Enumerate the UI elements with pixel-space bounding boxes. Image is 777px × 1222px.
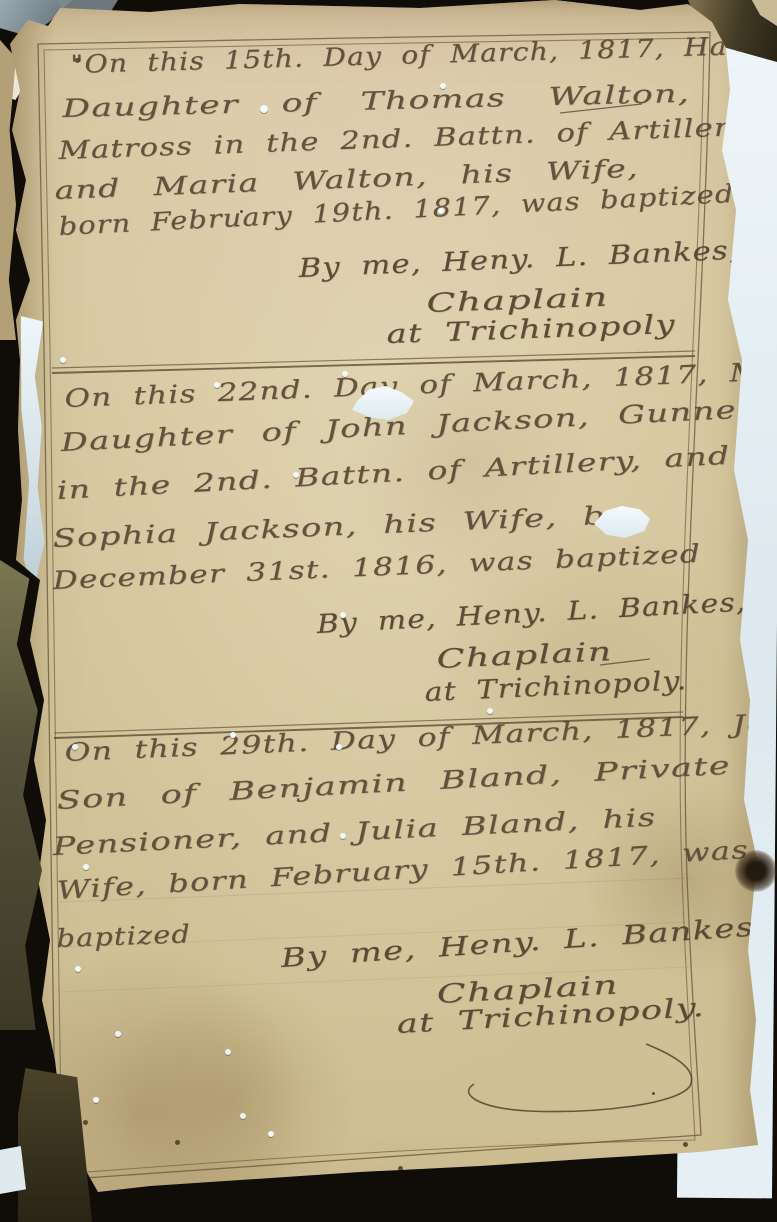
- pinhole: [230, 732, 236, 738]
- pinhole: [268, 1131, 274, 1137]
- ink-speck: [398, 1166, 403, 1171]
- pinhole: [240, 1113, 246, 1119]
- pinhole: [115, 1031, 121, 1037]
- pinhole: [93, 1097, 99, 1103]
- pinhole: [83, 864, 89, 870]
- ink-speck: [175, 1140, 180, 1145]
- ink-speck: [652, 1092, 655, 1095]
- ink-speck: [83, 1120, 88, 1125]
- ink-speck: [683, 1142, 688, 1147]
- pinhole: [487, 708, 493, 714]
- entry-3-line-5: baptized: [56, 919, 191, 953]
- pinhole: [60, 357, 66, 363]
- pinhole: [440, 83, 446, 89]
- entry-2-signature: By me, Heny. L. Bankes,: [316, 587, 747, 639]
- scanned-register-photo: "On this 15th. Day of March, 1817, Harri…: [0, 0, 777, 1222]
- pinhole: [260, 105, 268, 113]
- entry-3-signature: By me, Heny. L. Bankes,: [280, 912, 767, 974]
- pinhole: [340, 612, 346, 618]
- pinhole: [214, 382, 220, 388]
- left-tear-showing-backing: [18, 316, 46, 592]
- entry-1-line-1: "On this 15th. Day of March, 1817, Harri…: [70, 29, 777, 79]
- pinhole: [225, 1049, 231, 1055]
- signature-flourish: [469, 1044, 692, 1112]
- pinhole: [75, 966, 81, 972]
- pinhole: [340, 833, 346, 839]
- ink-speck: [240, 210, 243, 213]
- pinhole: [342, 371, 348, 377]
- pinhole: [293, 472, 299, 478]
- ink-blot-right-edge: [735, 850, 777, 892]
- ink-speck: [75, 58, 80, 63]
- pinhole: [72, 744, 78, 750]
- register-page: "On this 15th. Day of March, 1817, Harri…: [0, 0, 777, 1222]
- pinhole: [438, 208, 444, 214]
- entry-2-role: Chaplain: [436, 637, 613, 675]
- pinhole: [336, 744, 342, 750]
- entry-1-signature: By me, Heny. L. Bankes,: [298, 236, 740, 284]
